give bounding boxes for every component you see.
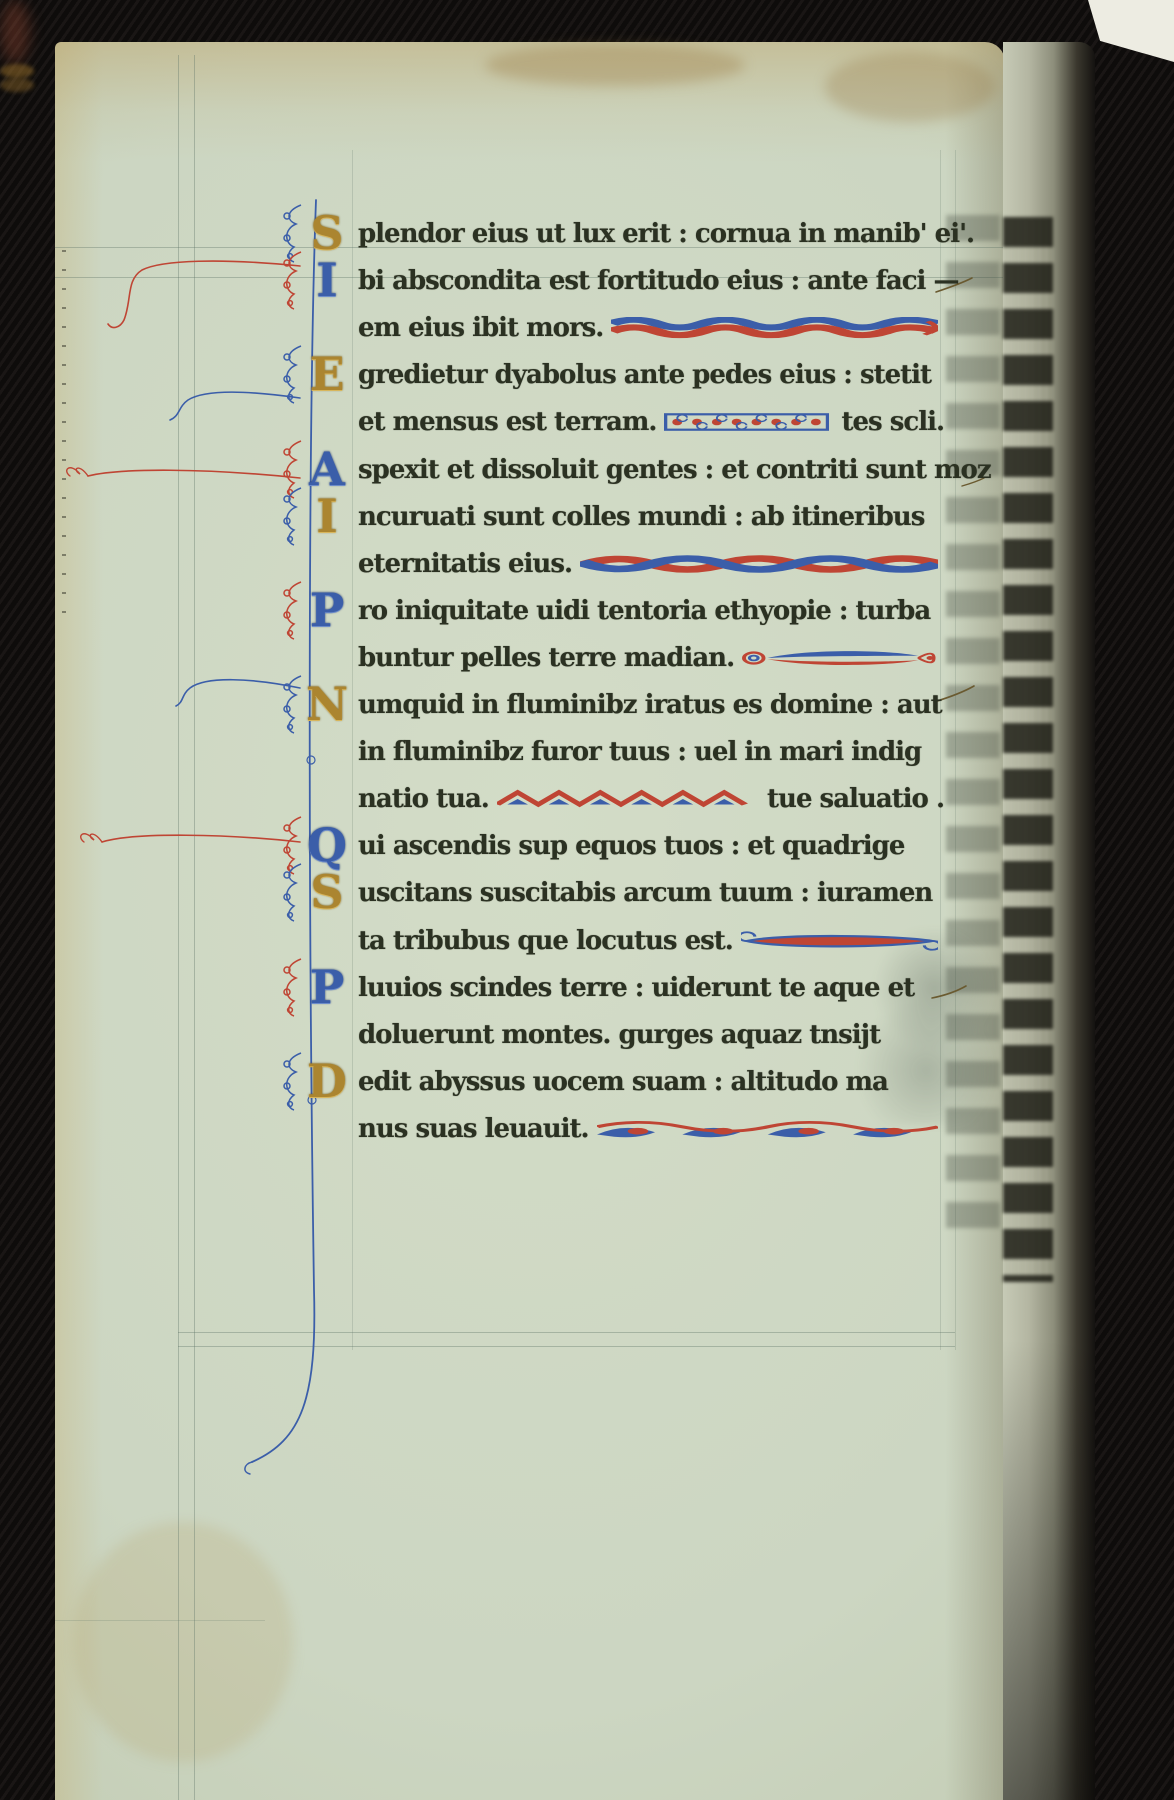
manuscript-line: ta tribubus que locutus est.: [296, 921, 944, 968]
decorated-initial: S: [298, 867, 356, 919]
text-block: Splendor eius ut lux erit : cornua in ma…: [296, 214, 944, 1214]
manuscript-photo: Splendor eius ut lux erit : cornua in ma…: [0, 0, 1174, 1800]
line-text: em eius ibit mors.: [358, 308, 603, 348]
line-text: doluerunt montes. gurges aquaz tnsijt: [358, 1015, 880, 1055]
decorated-initial: E: [298, 349, 356, 401]
manuscript-line: nus suas leuauit.: [296, 1109, 944, 1156]
line-text: ncuruati sunt colles mundi : ab itinerib…: [358, 497, 924, 537]
manuscript-line: in fluminibz furor tuus : uel in mari in…: [296, 732, 944, 779]
decorated-initial: N: [298, 679, 356, 731]
manuscript-line: Dedit abyssus uocem suam : altitudo ma: [296, 1062, 944, 1109]
line-filler-leaf-ribbon: [742, 647, 938, 669]
initial-letter: S: [310, 206, 343, 260]
manuscript-line: Incuruati sunt colles mundi : ab itineri…: [296, 497, 944, 544]
manuscript-line: em eius ibit mors.: [296, 308, 944, 355]
pricking-dots: [62, 250, 66, 630]
initial-letter: I: [316, 253, 338, 307]
ruling-vertical: [178, 55, 179, 1800]
line-text: natio tua.: [358, 779, 489, 819]
next-page-text-sliver: [1003, 217, 1053, 1282]
decorated-initial: I: [298, 255, 356, 307]
line-text: ta tribubus que locutus est.: [358, 921, 733, 961]
decorated-initial: I: [298, 491, 356, 543]
initial-letter: D: [307, 1054, 347, 1108]
red-smudge: [0, 0, 30, 64]
ruling-horizontal: [178, 1332, 955, 1333]
brown-fleck: [0, 64, 34, 78]
manuscript-line: Ibi abscondita est fortitudo eius : ante…: [296, 261, 944, 308]
manuscript-line: eternitatis eius.: [296, 544, 944, 591]
facing-page-corner: [1088, 0, 1174, 62]
ruling-horizontal: [55, 1620, 265, 1621]
manuscript-line: et mensus est terram.tes scli.: [296, 402, 944, 449]
line-text: luuios scindes terre : uiderunt te aque …: [358, 968, 914, 1008]
initial-letter: Q: [307, 818, 347, 872]
manuscript-line: doluerunt montes. gurges aquaz tnsijt: [296, 1015, 944, 1062]
line-text: umquid in fluminibz iratus es domine : a…: [358, 685, 942, 725]
line-filler-dot-band: [664, 411, 829, 433]
line-filler-swoosh: [741, 930, 938, 952]
initial-letter: N: [306, 677, 348, 731]
line-text: gredietur dyabolus ante pedes eius : ste…: [358, 355, 931, 395]
manuscript-line: Suscitans suscitabis arcum tuum : iurame…: [296, 873, 944, 920]
ruling-vertical: [194, 55, 195, 1800]
manuscript-line: Qui ascendis sup equos tuos : et quadrig…: [296, 826, 944, 873]
initial-letter: P: [310, 960, 345, 1014]
line-text: edit abyssus uocem suam : altitudo ma: [358, 1062, 888, 1102]
manuscript-line: Egredietur dyabolus ante pedes eius : st…: [296, 355, 944, 402]
manuscript-line: Pro iniquitate uidi tentoria ethyopie : …: [296, 591, 944, 638]
manuscript-line: buntur pelles terre madian.: [296, 638, 944, 685]
manuscript-line: Splendor eius ut lux erit : cornua in ma…: [296, 214, 944, 261]
initial-letter: I: [316, 489, 338, 543]
line-text: buntur pelles terre madian.: [358, 638, 734, 678]
line-text: uscitans suscitabis arcum tuum : iuramen: [358, 873, 932, 913]
book-fore-edge: [1003, 42, 1095, 1800]
line-filler-wave-band: [611, 317, 938, 339]
decorated-initial: D: [298, 1056, 356, 1108]
stain: [485, 44, 745, 86]
line-text: eternitatis eius.: [358, 544, 572, 584]
decorated-initial: P: [298, 585, 356, 637]
manuscript-line: Aspexit et dissoluit gentes : et contrit…: [296, 450, 944, 497]
line-text: et mensus est terram.: [358, 402, 656, 442]
line-text: plendor eius ut lux erit : cornua in man…: [358, 214, 974, 254]
stain: [825, 52, 995, 122]
line-filler-chevron-zigzag: [497, 788, 755, 810]
initial-letter: S: [310, 865, 343, 919]
stain: [73, 1522, 293, 1762]
line-text: bi abscondita est fortitudo eius : ante …: [358, 261, 958, 301]
initial-letter: P: [310, 583, 345, 637]
manuscript-line: Pluuios scindes terre : uiderunt te aque…: [296, 968, 944, 1015]
line-text: nus suas leuauit.: [358, 1109, 589, 1149]
line-trailing-text: tue saluatio .: [767, 779, 944, 819]
line-trailing-text: tes scli.: [841, 402, 944, 442]
line-text: ro iniquitate uidi tentoria ethyopie : t…: [358, 591, 930, 631]
line-text: spexit et dissoluit gentes : et contriti…: [358, 450, 991, 490]
line-text: in fluminibz furor tuus : uel in mari in…: [358, 732, 921, 772]
line-text: ui ascendis sup equos tuos : et quadrige: [358, 826, 904, 866]
line-filler-interlace-wave: [580, 553, 938, 575]
manuscript-line: Numquid in fluminibz iratus es domine : …: [296, 685, 944, 732]
decorated-initial: P: [298, 962, 356, 1014]
edge-shadow: [1003, 1340, 1095, 1800]
initial-letter: A: [309, 442, 345, 496]
brown-fleck: [0, 78, 34, 92]
initial-letter: E: [309, 347, 344, 401]
manuscript-line: natio tua.tue saluatio .: [296, 779, 944, 826]
ruling-horizontal: [178, 1346, 955, 1347]
line-filler-wavy-dots: [597, 1118, 938, 1140]
